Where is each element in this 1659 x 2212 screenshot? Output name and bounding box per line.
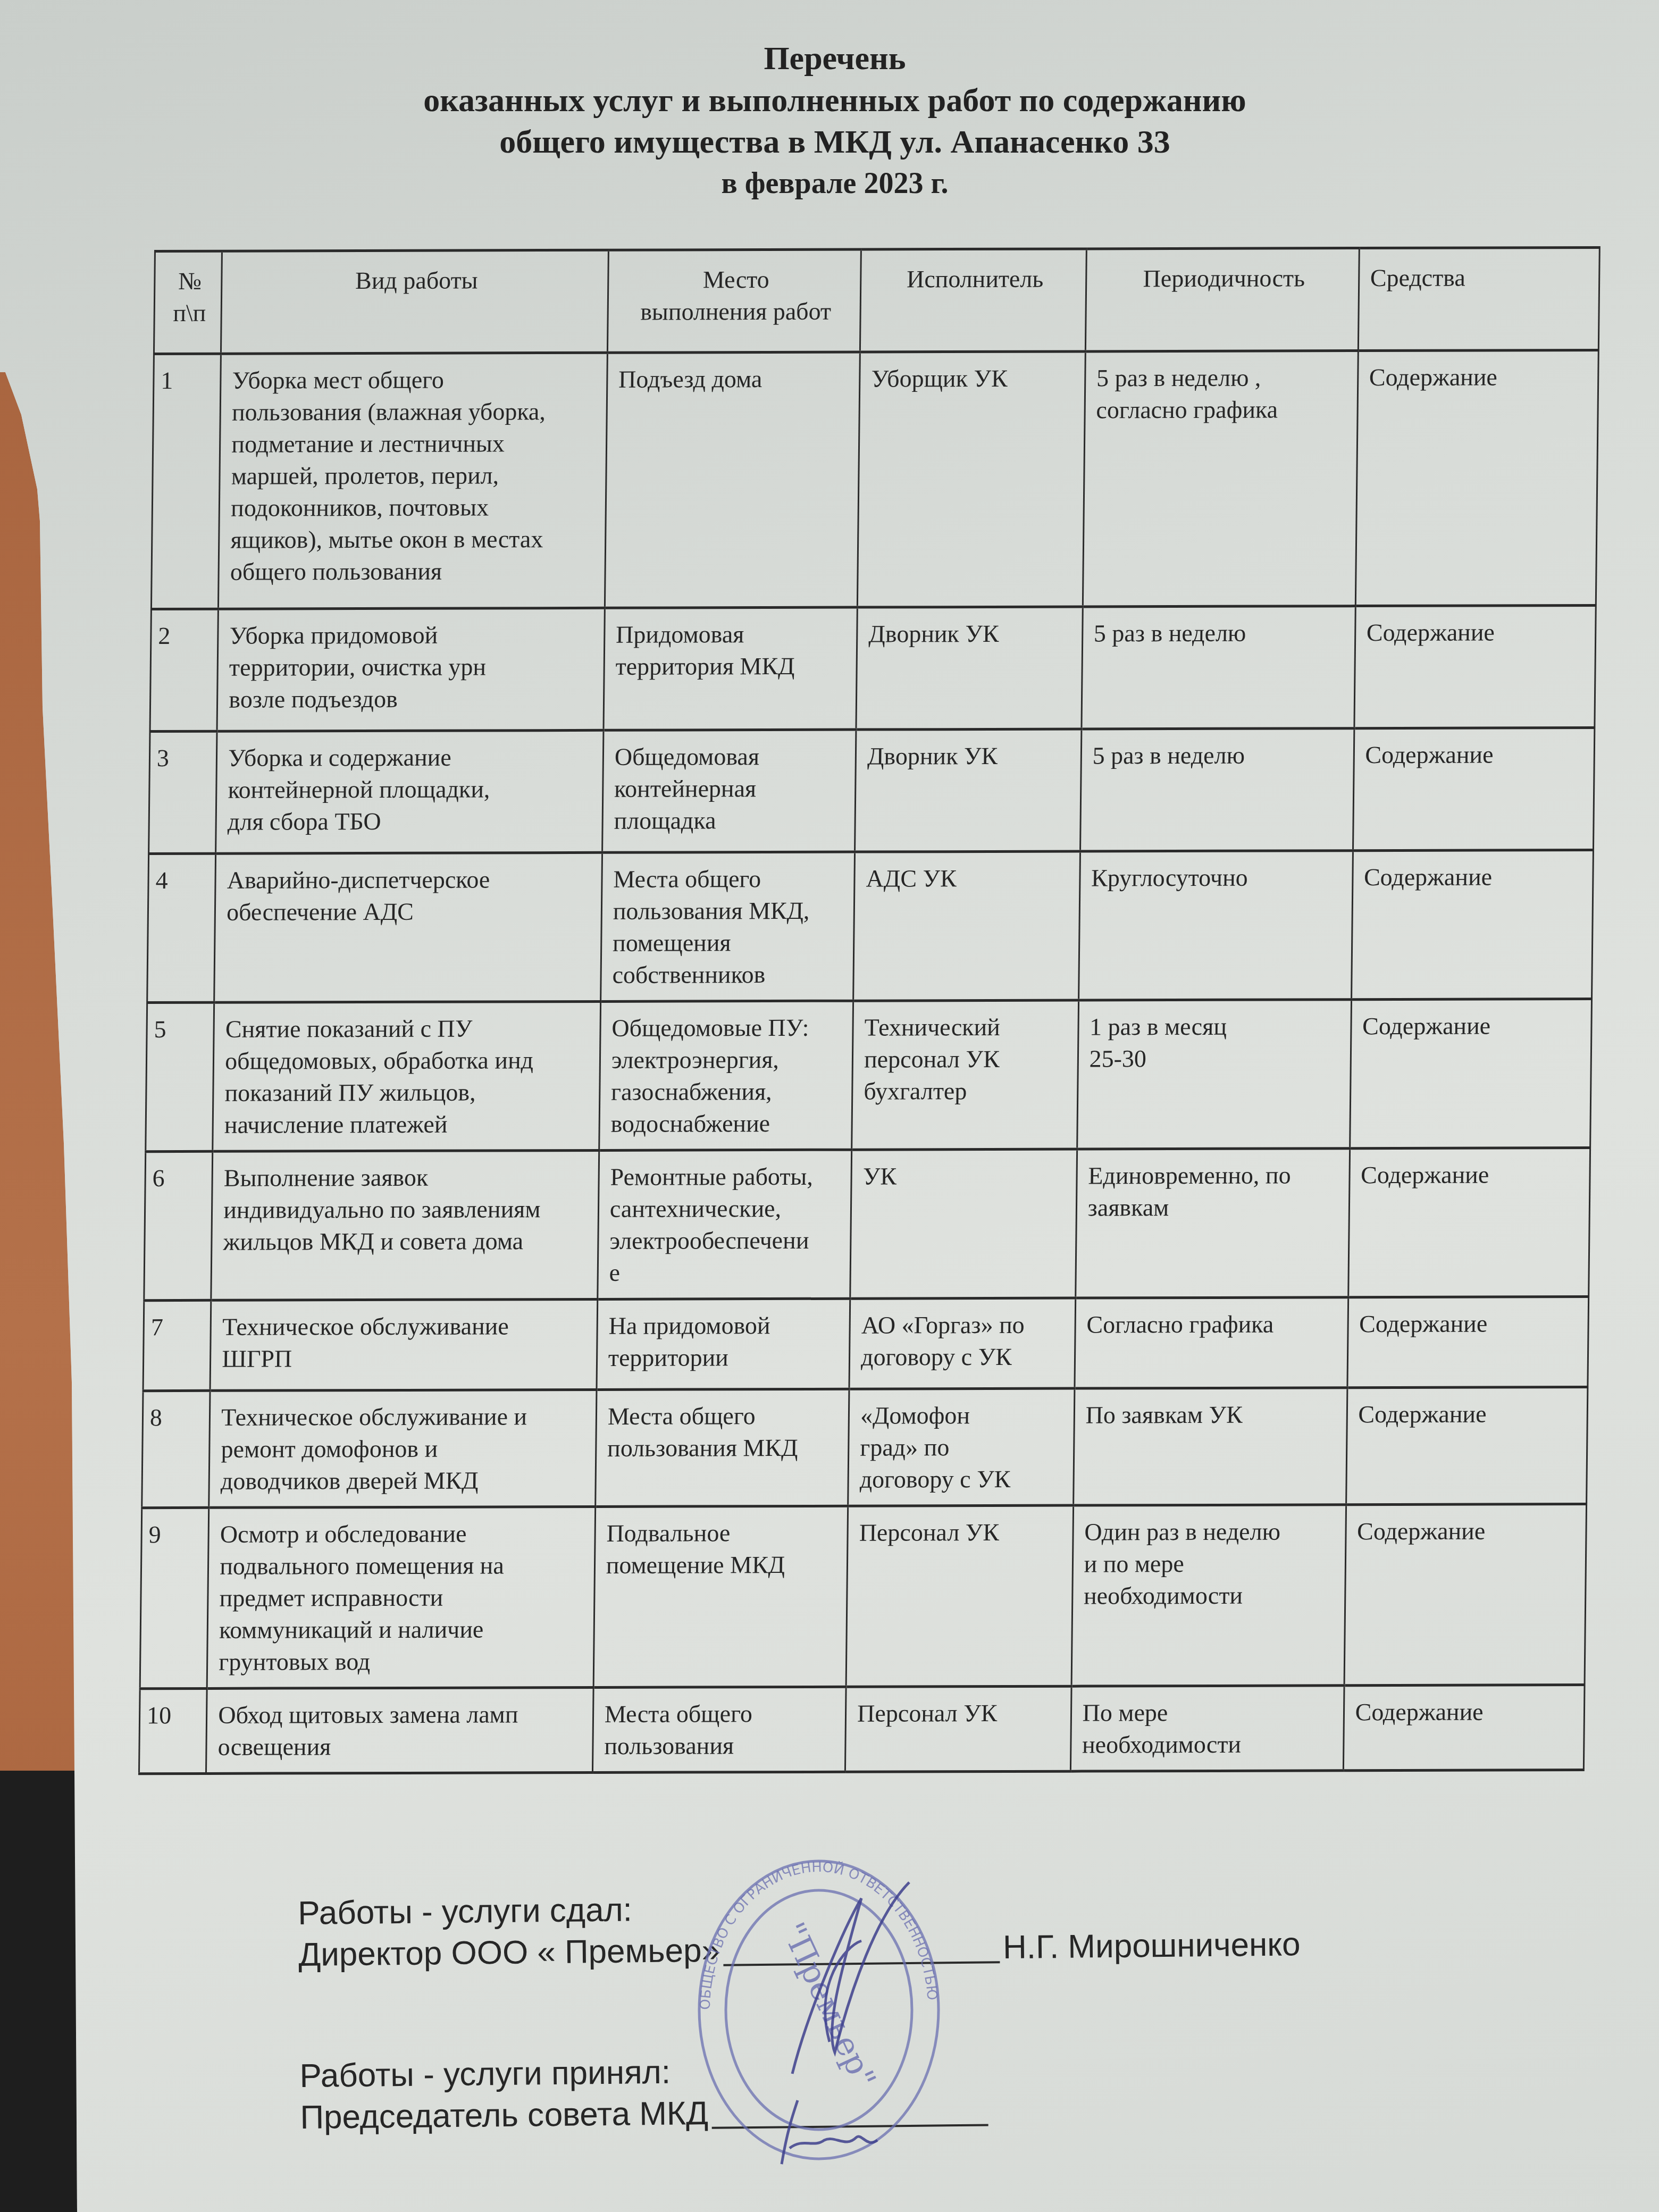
- funds-cell: Содержание: [1346, 1387, 1588, 1505]
- executor-cell: АО «Горгаз» по договору с УК: [849, 1298, 1075, 1389]
- funds-cell: Содержание: [1343, 1685, 1585, 1771]
- location-cell: Подъезд дома: [605, 352, 860, 608]
- chairman-signature-line: [711, 2092, 988, 2129]
- work-type-cell: Аварийно-диспетчерское обеспечение АДС: [214, 852, 602, 1002]
- executor-cell: УК: [850, 1149, 1077, 1298]
- table-body: 1Уборка мест общего пользования (влажная…: [139, 350, 1598, 1773]
- frequency-cell: 5 раз в неделю: [1080, 728, 1354, 851]
- frequency-cell: Единовременно, по заявкам: [1075, 1149, 1350, 1298]
- executor-cell: АДС УК: [853, 851, 1080, 1001]
- funds-cell: Содержание: [1344, 1504, 1587, 1686]
- services-table: № п\п Вид работы Место выполнения работ …: [138, 246, 1601, 1775]
- document-title: Перечень оказанных услуг и выполненных р…: [266, 37, 1404, 203]
- row-number: 7: [143, 1300, 211, 1390]
- location-cell: Ремонтные работы, сантехнические, электр…: [598, 1150, 852, 1299]
- funds-cell: Содержание: [1350, 999, 1591, 1148]
- location-cell: На придомовой территории: [597, 1298, 850, 1389]
- title-line-3: общего имущества в МКД ул. Апанасенко 33: [266, 121, 1404, 163]
- location-cell: Общедомовая контейнерная площадка: [602, 730, 856, 852]
- table-row: 10Обход щитовых замена ламп освещенияМес…: [139, 1685, 1585, 1774]
- executor-cell: Технический персонал УК бухгалтер: [852, 1000, 1078, 1150]
- frequency-cell: По мере необходимости: [1070, 1686, 1344, 1771]
- location-cell: Места общего пользования: [592, 1687, 846, 1772]
- executor-cell: Персонал УК: [846, 1505, 1073, 1687]
- row-number: 10: [139, 1688, 207, 1773]
- frequency-cell: 5 раз в неделю: [1082, 606, 1355, 729]
- executor-cell: Уборщик УК: [858, 351, 1086, 607]
- signature-block: Работы - услуги сдал: Директор ООО « Пре…: [298, 1881, 1470, 2139]
- work-type-cell: Техническое обслуживание ШГРП: [210, 1299, 597, 1390]
- table-row: 5Снятие показаний с ПУ общедомовых, обра…: [146, 999, 1592, 1151]
- frequency-cell: Согласно графика: [1075, 1297, 1348, 1388]
- director-name: Н.Г. Мирошниченко: [1003, 1924, 1301, 1968]
- row-number: 6: [144, 1151, 213, 1300]
- title-line-1: Перечень: [266, 37, 1404, 80]
- table-row: 1Уборка мест общего пользования (влажная…: [151, 350, 1598, 609]
- location-cell: Подвальное помещение МКД: [593, 1506, 848, 1687]
- work-type-cell: Выполнение заявок индивидуально по заявл…: [211, 1150, 599, 1300]
- row-number: 9: [140, 1507, 209, 1688]
- row-number: 4: [147, 853, 216, 1002]
- frequency-cell: Круглосуточно: [1078, 851, 1353, 1000]
- table-row: 4Аварийно-диспетчерское обеспечение АДСМ…: [147, 850, 1594, 1002]
- header-frequency: Периодичность: [1085, 248, 1359, 351]
- chairman-label: Председатель совета МКД: [300, 2093, 708, 2139]
- row-number: 5: [146, 1002, 214, 1151]
- executor-cell: Дворник УК: [855, 729, 1082, 852]
- work-type-cell: Уборка мест общего пользования (влажная …: [219, 353, 608, 609]
- director-signature-line: [723, 1929, 1000, 1966]
- frequency-cell: По заявкам УК: [1073, 1388, 1347, 1505]
- row-number: 8: [142, 1390, 211, 1507]
- header-executor: Исполнитель: [860, 249, 1087, 352]
- funds-cell: Содержание: [1351, 850, 1593, 999]
- work-type-cell: Уборка и содержание контейнерной площадк…: [216, 730, 604, 853]
- funds-cell: Содержание: [1347, 1297, 1589, 1388]
- table-row: 2Уборка придомовой территории, очистка у…: [150, 605, 1596, 731]
- table-row: 6Выполнение заявок индивидуально по заяв…: [144, 1148, 1590, 1301]
- funds-cell: Содержание: [1348, 1148, 1590, 1297]
- row-number: 2: [150, 609, 219, 731]
- table-row: 9Осмотр и обследование подвального помещ…: [140, 1504, 1586, 1689]
- work-type-cell: Уборка придомовой территории, очистка ур…: [217, 608, 605, 731]
- location-cell: Места общего пользования МКД: [596, 1389, 850, 1506]
- table-header-row: № п\п Вид работы Место выполнения работ …: [154, 247, 1599, 354]
- location-cell: Общедомовые ПУ: электроэнергия, газоснаб…: [599, 1001, 853, 1150]
- work-type-cell: Обход щитовых замена ламп освещения: [206, 1687, 593, 1773]
- header-work-type: Вид работы: [221, 250, 609, 354]
- executor-cell: «Домофон град» по договору с УК: [848, 1388, 1075, 1506]
- funds-cell: Содержание: [1353, 727, 1595, 850]
- funds-cell: Содержание: [1354, 605, 1596, 728]
- work-type-cell: Техническое обслуживание и ремонт домофо…: [209, 1389, 597, 1507]
- location-cell: Места общего пользования МКД, помещения …: [601, 852, 855, 1001]
- executor-cell: Дворник УК: [856, 607, 1083, 730]
- frequency-cell: 1 раз в месяц 25-30: [1077, 1000, 1351, 1149]
- funds-cell: Содержание: [1355, 350, 1598, 606]
- title-line-2: оказанных услуг и выполненных работ по с…: [266, 80, 1404, 121]
- executor-cell: Персонал УК: [845, 1686, 1071, 1772]
- table-row: 8Техническое обслуживание и ремонт домоф…: [142, 1387, 1588, 1508]
- header-funds: Средства: [1358, 247, 1599, 350]
- work-type-cell: Осмотр и обследование подвального помеще…: [207, 1506, 595, 1688]
- table-row: 3Уборка и содержание контейнерной площад…: [149, 727, 1595, 853]
- row-number: 3: [149, 731, 217, 853]
- work-type-cell: Снятие показаний с ПУ общедомовых, обраб…: [213, 1001, 601, 1151]
- header-num: № п\п: [154, 251, 222, 354]
- location-cell: Придомовая территория МКД: [604, 607, 858, 730]
- title-period: в феврале 2023 г.: [266, 164, 1404, 203]
- row-number: 1: [151, 354, 221, 609]
- header-location: Место выполнения работ: [607, 249, 861, 353]
- director-label: Директор ООО « Премьер»: [298, 1930, 720, 1976]
- frequency-cell: Один раз в неделю и по мере необходимост…: [1071, 1505, 1346, 1686]
- frequency-cell: 5 раз в неделю , согласно графика: [1083, 351, 1358, 607]
- table-row: 7Техническое обслуживание ШГРПНа придомо…: [143, 1297, 1589, 1391]
